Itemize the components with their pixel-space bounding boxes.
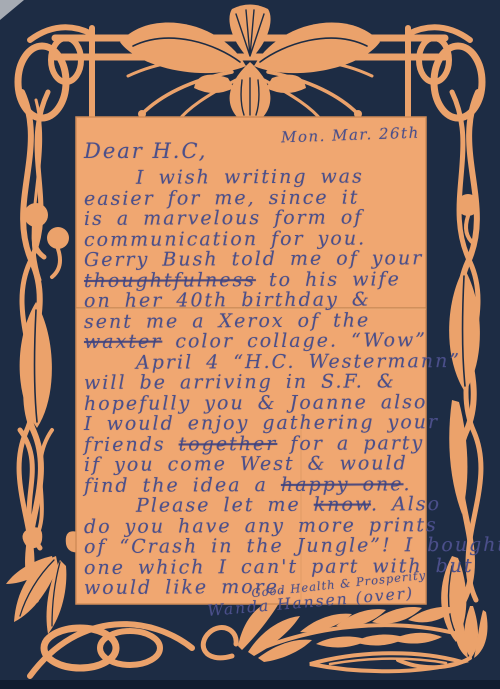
letter-line: I wish writing was — [84, 166, 456, 188]
letter-line: I would enjoy gathering your — [84, 412, 456, 434]
letter-line: on her 40th birthday & — [84, 289, 456, 311]
letter-line: waxter color collage. “Wow” — [84, 330, 456, 352]
letter-line: April 4 “H.C. Westermann” — [84, 351, 456, 373]
letter-date: Mon. Mar. 26th — [281, 124, 420, 147]
letter-line: Please let me know. Also — [84, 494, 456, 516]
letter-line: easier for me, since it — [84, 187, 456, 209]
letter-line: if you come West & would — [84, 453, 456, 475]
letter-line: thoughtfulness to his wife — [84, 269, 456, 291]
letter-stationery: Mon. Mar. 26th Dear H.C, I wish writing … — [0, 0, 500, 689]
letter-greeting: Dear H.C, — [84, 139, 207, 163]
letter-line: will be arriving in S.F. & — [84, 371, 456, 393]
letter-line: of “Crash in the Jungle”! I bought — [84, 535, 456, 557]
letter-line: Gerry Bush told me of your — [84, 248, 456, 270]
letter-line: is a marvelous form of — [84, 207, 456, 229]
handwriting-layer: Mon. Mar. 26th Dear H.C, I wish writing … — [0, 0, 500, 689]
letter-body: I wish writing waseasier for me, since i… — [84, 167, 456, 598]
